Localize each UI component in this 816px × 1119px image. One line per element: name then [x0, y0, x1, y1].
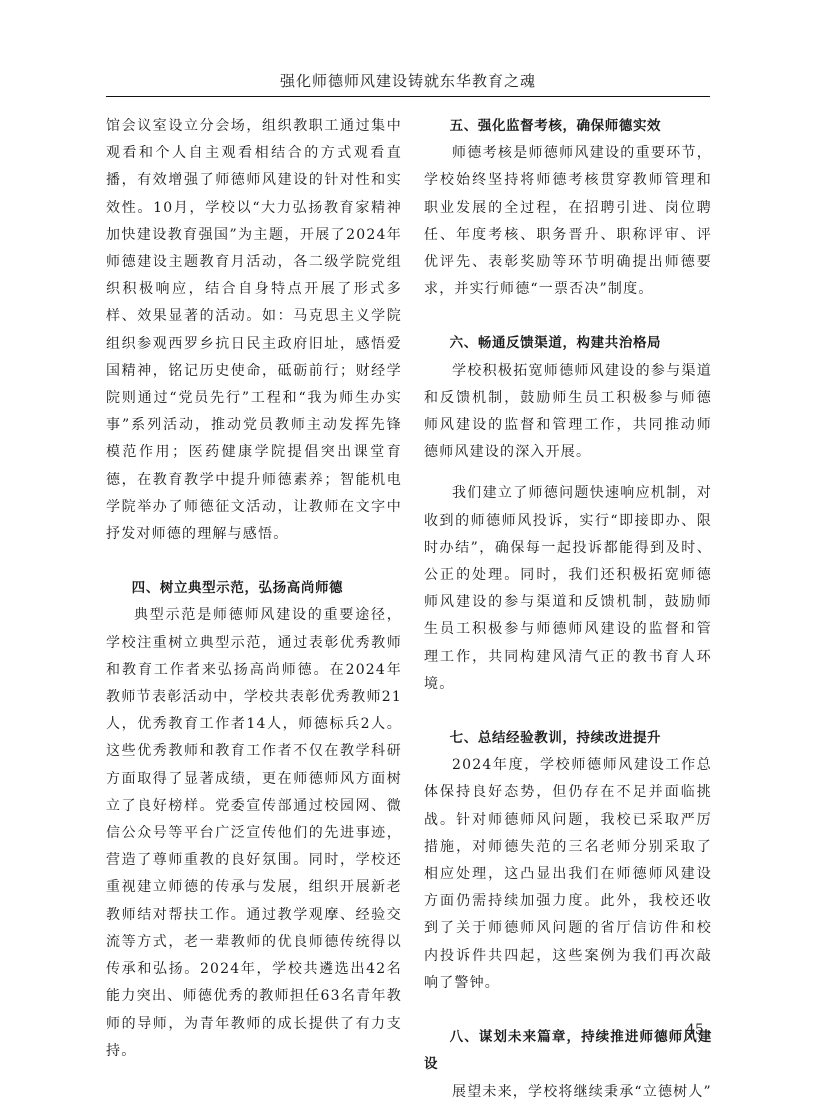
body-paragraph: 2024年度，学校师德师风建设工作总体保持良好态势，但仍存在不足并面临挑战。针对…: [424, 752, 712, 997]
body-paragraph: 馆会议室设立分会场，组织教职工通过集中观看和个人自主观看相结合的方式观看直播，有…: [106, 113, 402, 548]
body-paragraph: 学校积极拓宽师德师风建设的参与渠道和反馈机制，鼓励师生员工积极参与师德师风建设的…: [424, 358, 712, 467]
body-paragraph: 典型示范是师德师风建设的重要途径，学校注重树立典型示范，通过表彰优秀教师和教育工…: [106, 602, 402, 1064]
section-spacer: [424, 997, 712, 1024]
paragraph-spacer: [424, 466, 712, 480]
body-paragraph: 师德考核是师德师风建设的重要环节，学校始终坚持将师德考核贯穿教师管理和职业发展的…: [424, 140, 712, 303]
header-rule: [106, 96, 710, 97]
section-spacer: [424, 303, 712, 330]
body-paragraph: 我们建立了师德问题快速响应机制，对收到的师德师风投诉，实行“即接即办、限时办结”…: [424, 480, 712, 698]
right-column: 五、强化监督考核，确保师德实效 师德考核是师德师风建设的重要环节，学校始终坚持将…: [424, 113, 712, 1106]
page-number: 45: [686, 1022, 704, 1038]
section-spacer: [106, 548, 402, 575]
section-heading-7: 七、总结经验教训，持续改进提升: [424, 725, 712, 752]
section-heading-4: 四、树立典型示范，弘扬高尚师德: [106, 575, 402, 602]
section-spacer: [424, 698, 712, 725]
section-heading-5: 五、强化监督考核，确保师德实效: [424, 113, 712, 140]
section-heading-6: 六、畅通反馈渠道，构建共治格局: [424, 330, 712, 357]
left-column: 馆会议室设立分会场，组织教职工通过集中观看和个人自主观看相结合的方式观看直播，有…: [106, 113, 402, 1065]
section-heading-8: 八、谋划未来篇章，持续推进师德师风建设: [424, 1024, 712, 1078]
body-paragraph: 展望未来，学校将继续秉承“立德树人”: [424, 1079, 712, 1106]
running-head: 强化师德师风建设铸就东华教育之魂: [106, 70, 710, 91]
